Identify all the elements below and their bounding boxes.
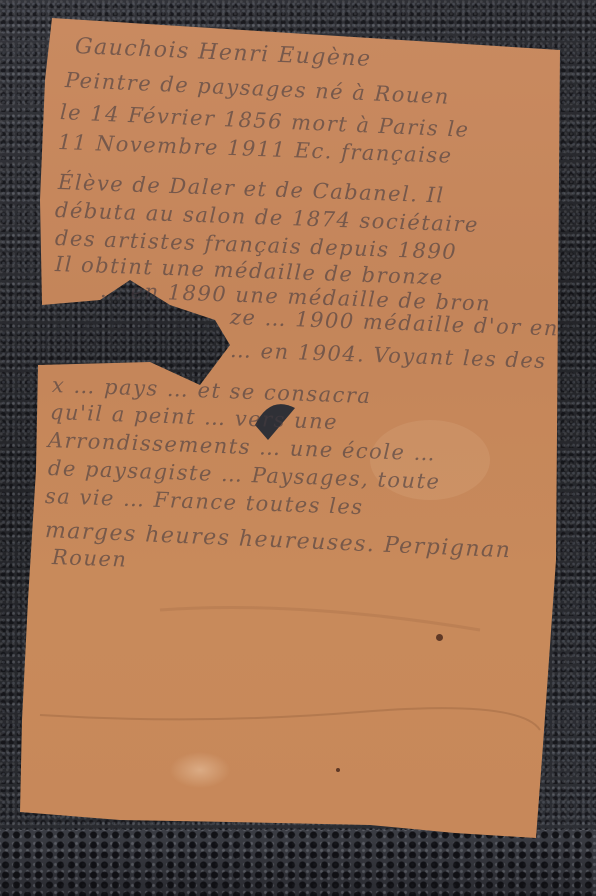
handwriting-line-signature: Rouen	[52, 545, 128, 572]
handwriting-line: … en 1904. Voyant les des	[230, 338, 547, 373]
handwritten-text: Gauchois Henri Eugène Peintre de paysage…	[0, 0, 596, 896]
handwriting-line: ze … 1900 médaille d'or en	[230, 305, 560, 340]
handwriting-line-title: Gauchois Henri Eugène	[74, 34, 372, 72]
